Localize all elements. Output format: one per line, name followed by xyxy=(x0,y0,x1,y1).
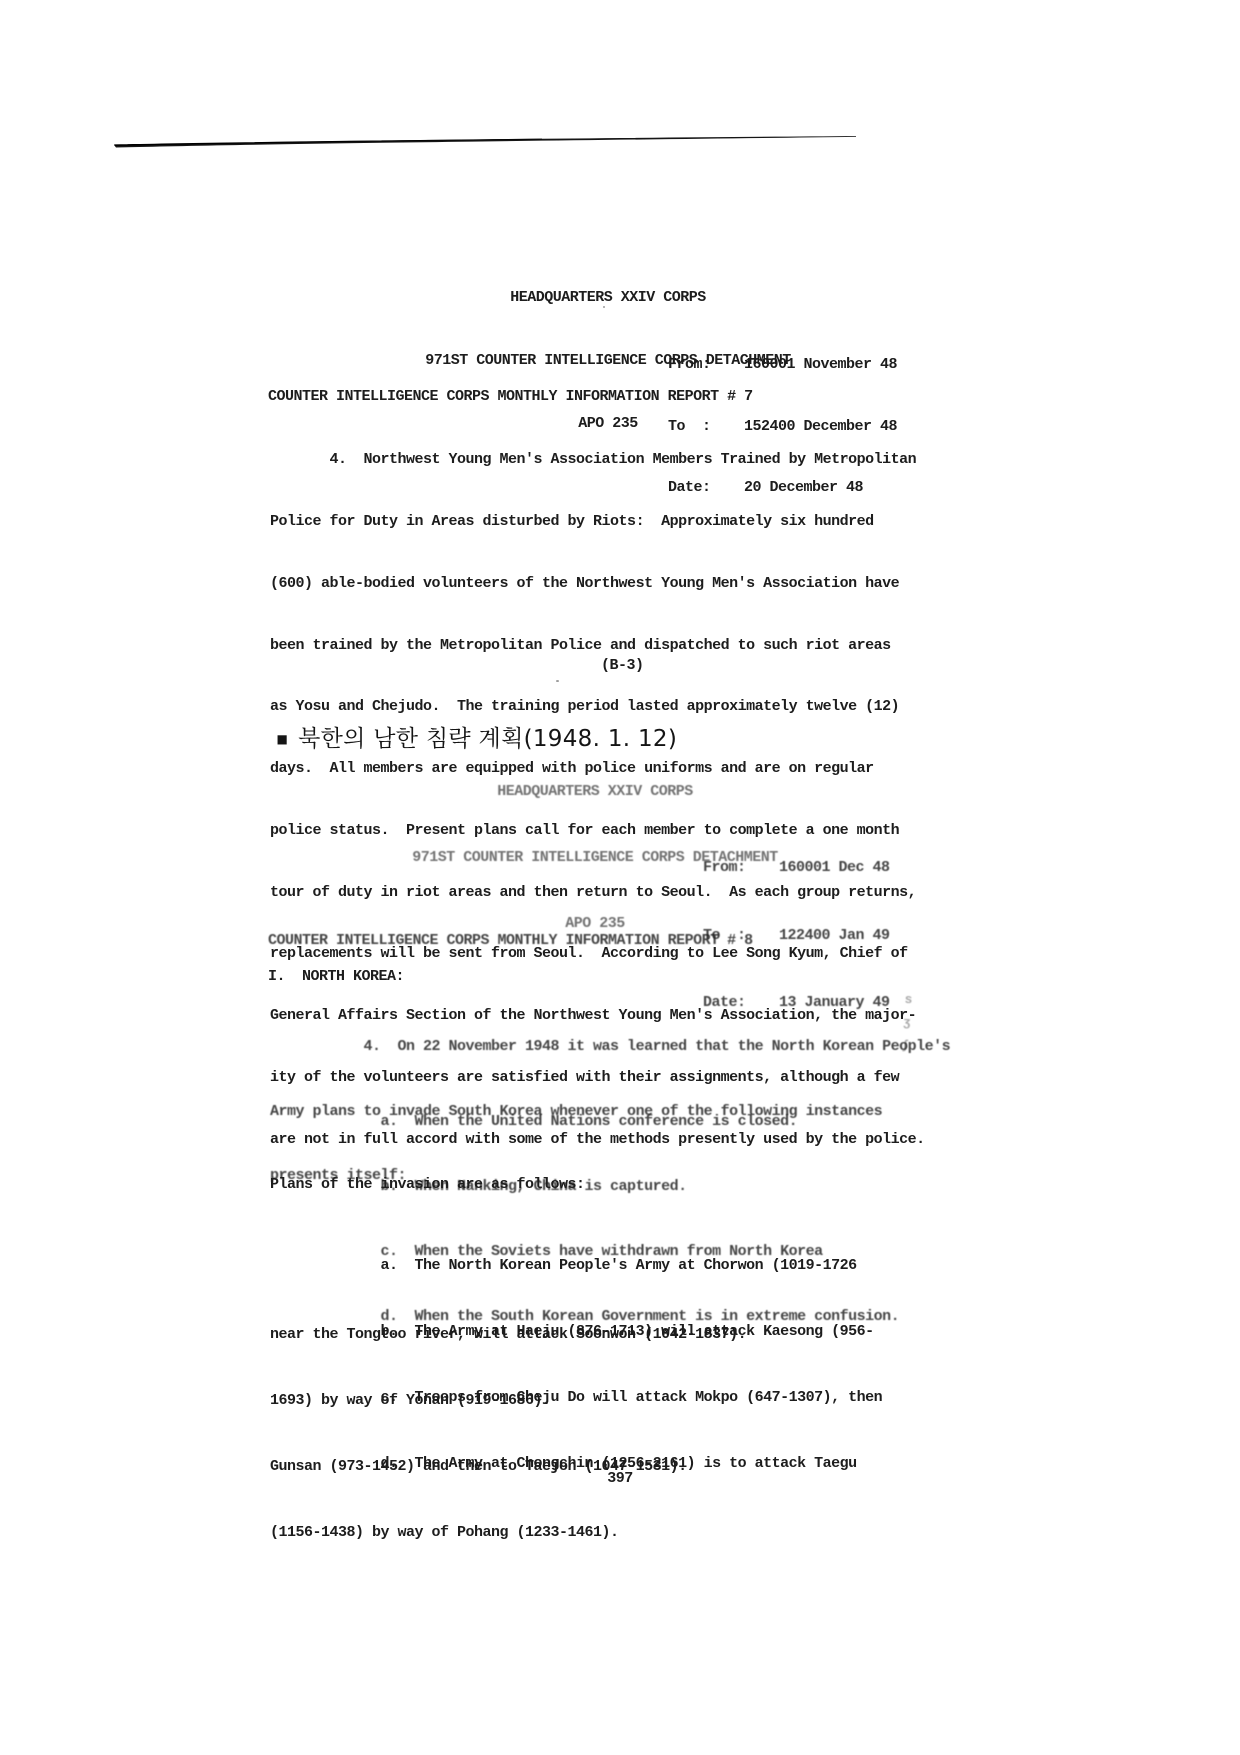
list-item: a. When the United Nations conference is… xyxy=(270,1111,899,1133)
body-line: (1156-1438) by way of Pohang (1233-1461)… xyxy=(270,1521,857,1544)
body-line: (600) able-bodied volunteers of the Nort… xyxy=(270,574,925,595)
meta-row: From:160001 November 48 xyxy=(668,355,897,376)
meta-value: 160001 Dec 48 xyxy=(779,859,890,876)
meta-label: From: xyxy=(668,355,744,376)
letterhead-line: 971ST COUNTER INTELLIGENCE CORPS DETACHM… xyxy=(0,847,1190,869)
letterhead-line: HEADQUARTERS XXIV CORPS xyxy=(0,781,1190,803)
report7-title: COUNTER INTELLIGENCE CORPS MONTHLY INFOR… xyxy=(268,388,753,405)
meta-row: From:160001 Dec 48 xyxy=(703,857,890,880)
body-line: 4. On 22 November 1948 it was learned th… xyxy=(270,1036,950,1058)
body-line: Police for Duty in Areas disturbed by Ri… xyxy=(270,512,925,533)
invasion-plan-d: d. The Army at Chongchin (1256-2161) is … xyxy=(270,1406,857,1590)
report8-plans-intro: Plans of the invasion are as follows: xyxy=(270,1176,585,1193)
page-number: 397 xyxy=(0,1470,1240,1487)
body-line: been trained by the Metropolitan Police … xyxy=(270,636,925,657)
meta-value: 160001 November 48 xyxy=(744,356,897,373)
meta-value: 122400 Jan 49 xyxy=(779,927,890,944)
body-line: 4. Northwest Young Men's Association Mem… xyxy=(270,450,925,471)
letterhead-line: HEADQUARTERS XXIV CORPS xyxy=(0,287,1216,308)
scan-rule-line xyxy=(112,131,858,151)
report8-title: COUNTER INTELLIGENCE CORPS MONTHLY INFOR… xyxy=(268,932,753,949)
report7-source-ref: (B-3) xyxy=(601,657,644,674)
scanned-document-page: HEADQUARTERS XXIV CORPS 971ST COUNTER IN… xyxy=(0,0,1240,1755)
meta-label: From: xyxy=(703,857,779,880)
report8-section-heading: I. NORTH KOREA: xyxy=(268,968,404,985)
letterhead-line: 971ST COUNTER INTELLIGENCE CORPS DETACHM… xyxy=(0,350,1216,371)
